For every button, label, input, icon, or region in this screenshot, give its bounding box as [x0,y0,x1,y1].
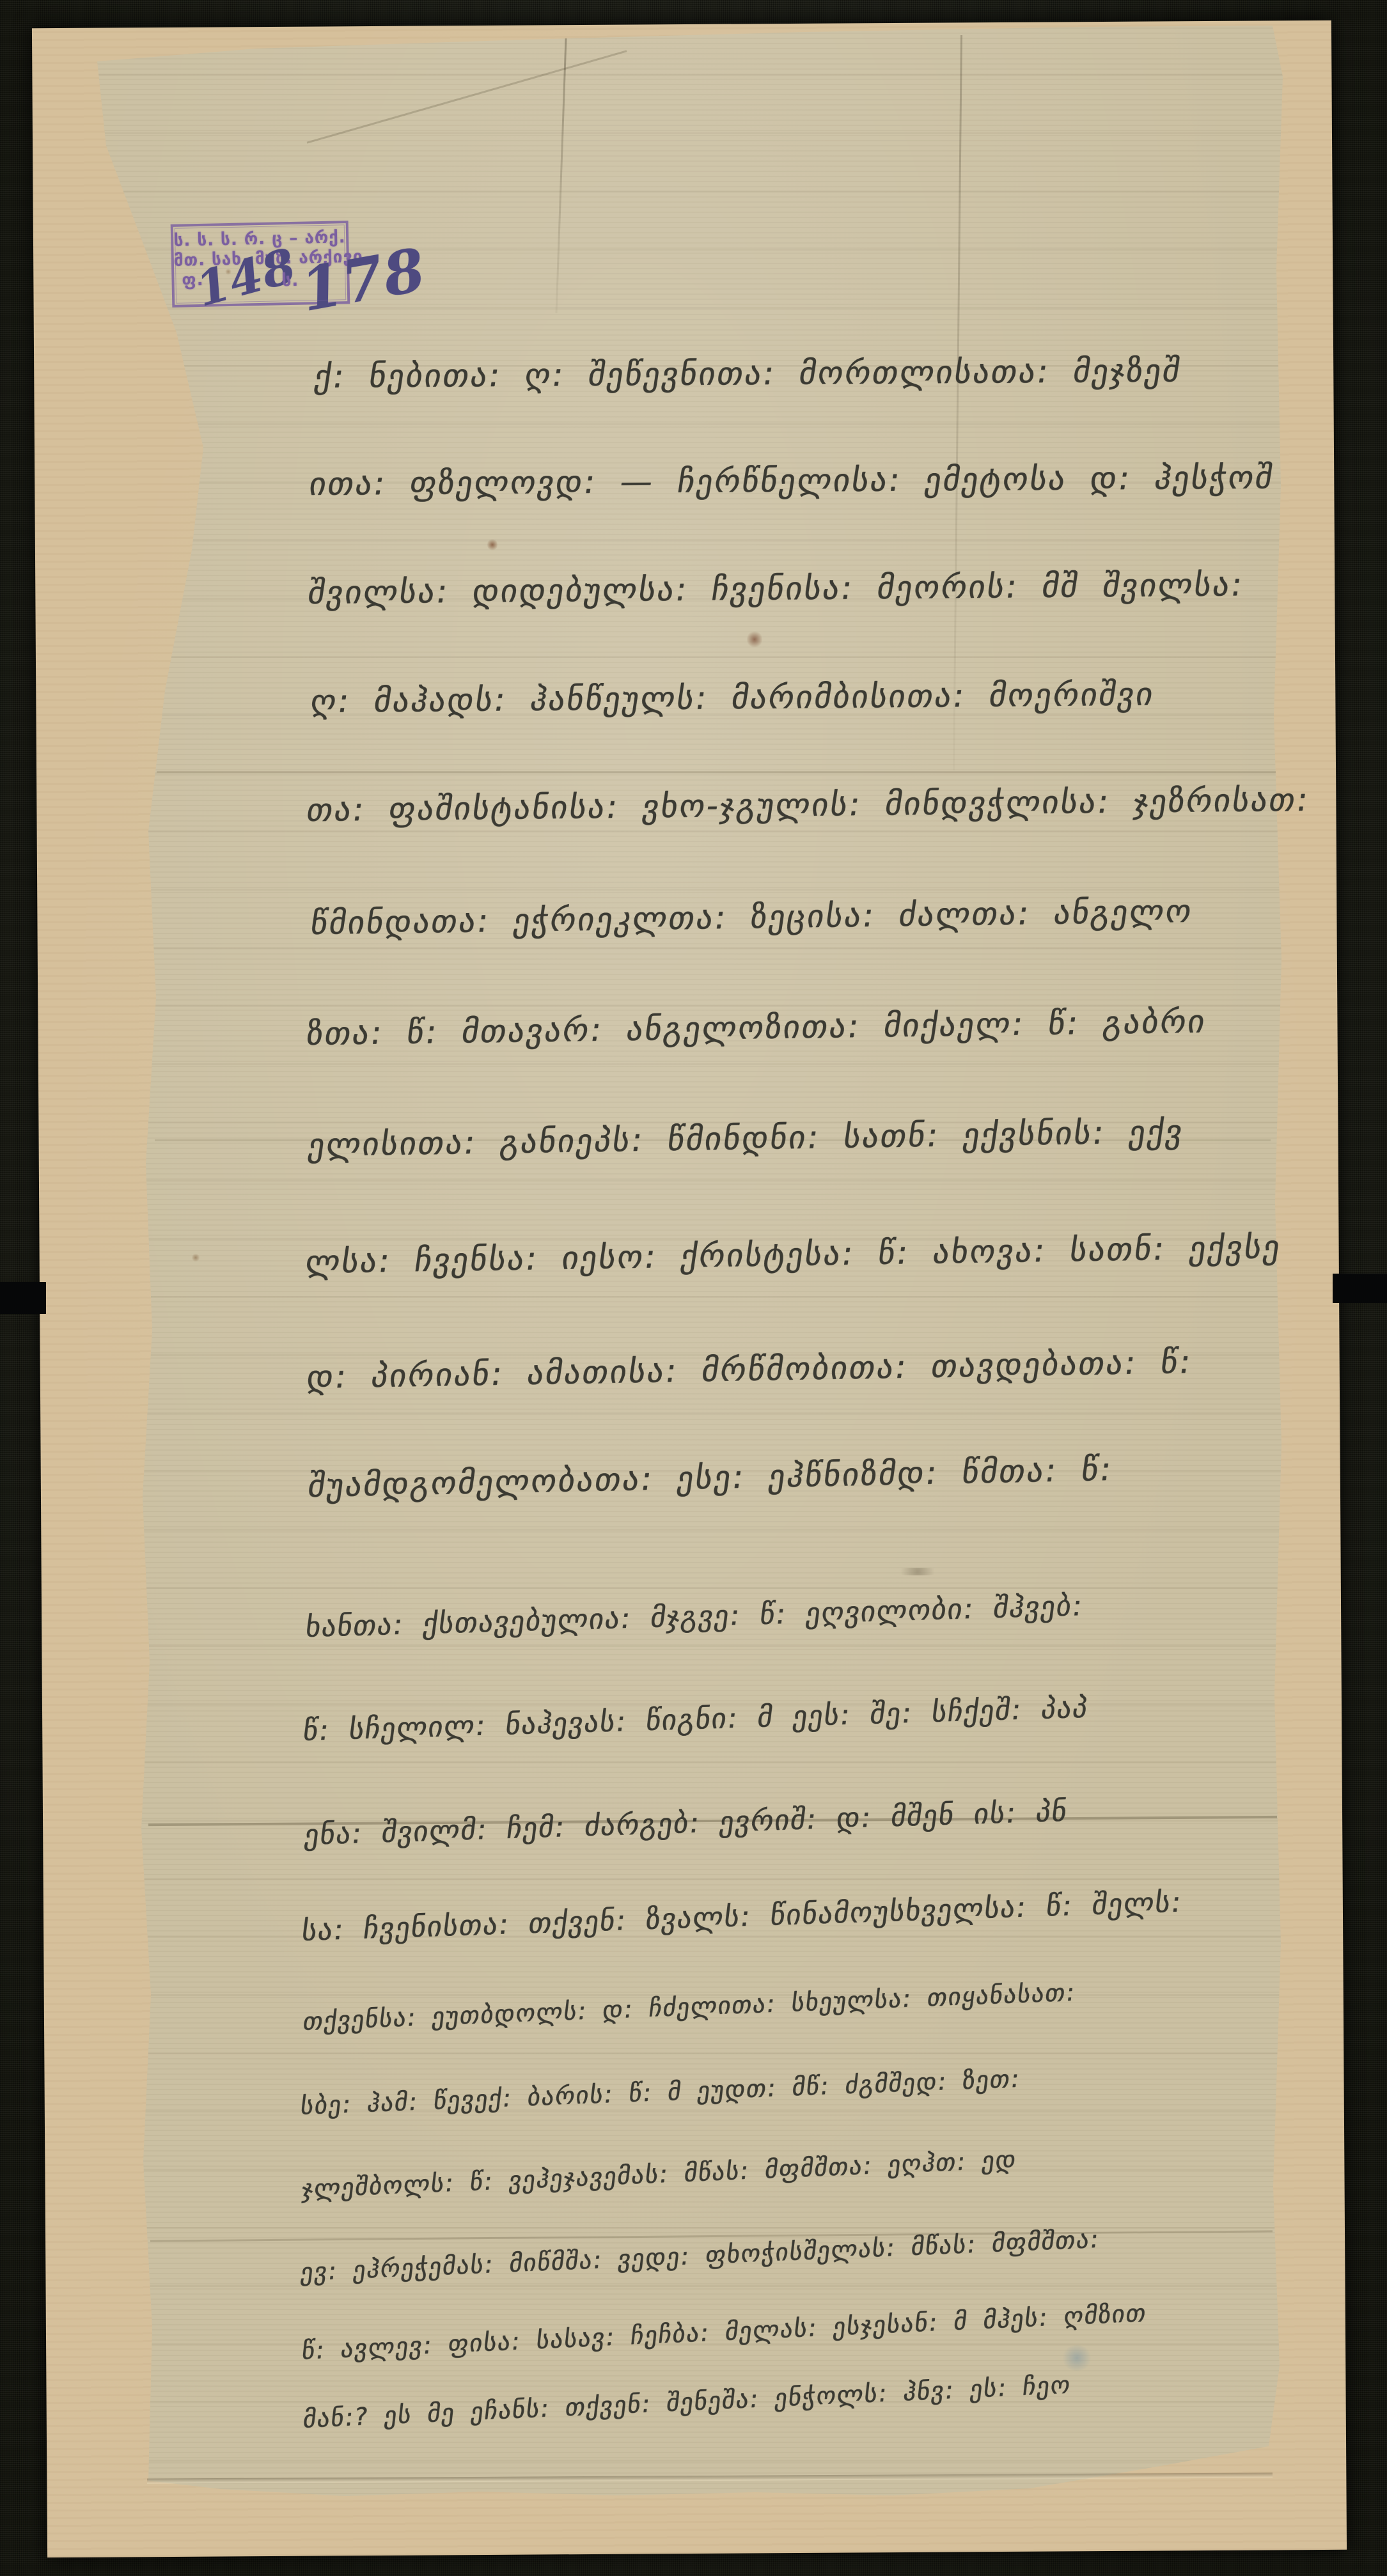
manuscript-line: ქ: ნებითა: ღ: შეწევნითა: მორთლისათა: მეჯ… [312,352,1184,395]
stamp-item-label: ს. [281,271,299,292]
stamp-text-line: ფ. 148 ს. 178 [174,267,347,297]
manuscript-line: ღ: მაჰადს: ჰანწეულს: მარიმბისითა: მოერიშ… [308,676,1157,720]
scan-bed-notch [1333,1274,1387,1303]
archive-stamp: ს. ს. ს. რ. ც – არქ. მთ. სახ. მუზ. არქივ… [171,221,350,308]
manuscript-line: ითა: ფზელოვდ: — ჩერწნელისა: ემეტოსა დ: ჰ… [307,458,1277,503]
scan-bed-notch [0,1282,46,1314]
scanned-manuscript-page: { "palette": { "background": "#191b13", … [0,0,1387,2576]
